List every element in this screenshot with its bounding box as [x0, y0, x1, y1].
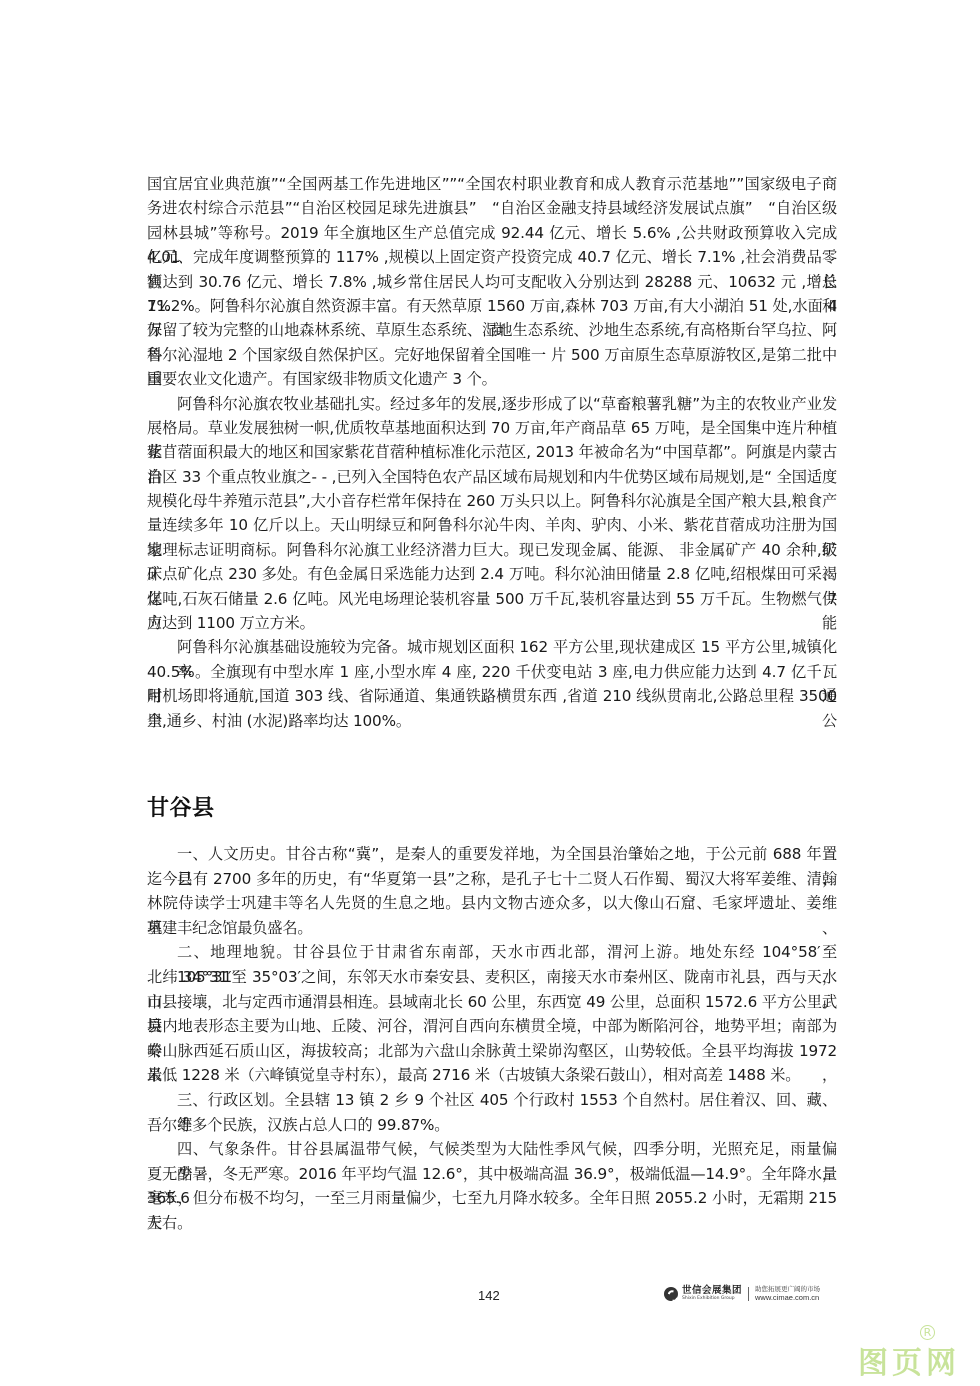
text-line: 四、气象条件。甘谷县属温带气候，气候类型为大陆性季风气候，四季分明，光照充足，雨… [147, 1137, 837, 1162]
text-line: 亿吨,石灰石储量 2.6 亿吨。风光电场理论装机容量 500 万千瓦,装机容量达… [147, 587, 837, 611]
section-gangu-body: 一、人文历史。甘谷古称“冀”，是秦人的重要发祥地，为全国县治肇始之地，于公元前 … [147, 842, 837, 1236]
logo-slogan-block: 助您拓展更广阔的市场 www.cimae.com.cn [755, 1286, 820, 1301]
logo-company-cn: 世信会展集团 [682, 1286, 742, 1296]
text-line: 40.5%。全旗现有中型水库 1 座,小型水库 4 座, 220 千伏变电站 3… [147, 660, 837, 684]
logo-name-block: 世信会展集团 Shixin Exhibition Group [682, 1286, 742, 1301]
text-line: 矿点矿化点 230 多处。有色金属日采选能力达到 2.4 万吨。科尔沁油田储量 … [147, 562, 837, 586]
text-line: 花苜蓿面积最大的地区和国家紫花苜蓿种植标准化示范区, 2013 年被命名为“中国… [147, 440, 837, 464]
text-line: 重要农业文化遗产。有国家级非物质文化遗产 3 个。 [147, 367, 837, 391]
text-line: 吾尔等多个民族，汉族占总人口的 99.87%。 [147, 1113, 837, 1138]
text-line: 量连续多年 10 亿斤以上。天山明绿豆和阿鲁科尔沁牛肉、羊肉、驴肉、小米、紫花苜… [147, 513, 837, 537]
text-line: 阿鲁科尔沁旗基础设施较为完备。城市规划区面积 162 平方公里,现状建成区 15… [147, 635, 837, 659]
document-page: 国宜居宜业典范旗”“全国两基工作先进地区””“全国农村职业教育和成人教育示范基地… [0, 0, 980, 1386]
text-line: 三、行政区划。全县辖 13 镇 2 乡 9 个社区 405 个行政村 1553 … [147, 1088, 837, 1113]
section-aluke-body: 国宜居宜业典范旗”“全国两基工作先进地区””“全国农村职业教育和成人教育示范基地… [147, 172, 837, 733]
text-line: 园林县城”等称号。2019 年全旗地区生产总值完成 92.44 亿元、增长 5.… [147, 221, 837, 245]
text-line: 北纬 34°31′至 35°03′之间，东邻天水市秦安县、麦积区，南接天水市秦州… [147, 965, 837, 990]
logo-divider [748, 1287, 749, 1301]
logo-slogan: 助您拓展更广阔的市场 [755, 1286, 820, 1293]
text-line: 科尔沁湿地 2 个国家级自然保护区。完好地保留着全国唯一 片 500 万亩原生态… [147, 343, 837, 367]
text-line: 阿鲁科尔沁旗农牧业基础扎实。经过多年的发展,逐步形成了以“草畜粮薯乳糖”为主的农… [147, 392, 837, 416]
text-line: 地理标志证明商标。阿鲁科尔沁旗工业经济潜力巨大。现已发现金属、能源、 非金属矿产… [147, 538, 837, 562]
text-line: 务进农村综合示范县”“自治区校园足球先进旗县” “自治区金融支持县域经济发展试点… [147, 196, 837, 220]
text-line: 治区 33 个重点牧业旗之- - ,已列入全国特色农产品区域布局规划和内牛优势区… [147, 465, 837, 489]
text-line: 山县接壤，北与定西市通渭县相连。县域南北长 60 公里，东西宽 49 公里，总面… [147, 990, 837, 1015]
text-line: 林院侍读学士巩建丰等名人先贤的生息之地。县内文物古迹众多，以大像山石窟、毛家坪遗… [147, 891, 837, 916]
text-line: 二、地理地貌。甘谷县位于甘肃省东南部，天水市西北部，渭河上游。地处东经 104°… [147, 940, 837, 965]
watermark-text: 图页网 [858, 1338, 960, 1382]
text-line: 展格局。草业发展独树一帜,优质牧草基地面积达到 70 万亩,年产商品草 65 万… [147, 416, 837, 440]
text-line: 保留了较为完整的山地森林系统、草原生态系统、湿地生态系统、沙地生态系统,有高格斯… [147, 318, 837, 342]
text-line: 用机场即将通航,国道 303 线、省际通道、集通铁路横贯东西 ,省道 210 线… [147, 684, 837, 708]
footer-logo: 世信会展集团 Shixin Exhibition Group 助您拓展更广阔的市… [664, 1286, 820, 1301]
text-line: 毫米，但分布极不均匀，一至三月雨量偏少，七至九月降水较多。全年日照 2055.2… [147, 1186, 837, 1211]
logo-url: www.cimae.com.cn [755, 1294, 820, 1302]
text-line: 规模化母牛养殖示范县”,大小音存栏常年保持在 260 万头只以上。阿鲁科尔沁旗是… [147, 489, 837, 513]
section-title-gangu: 甘谷县 [147, 791, 215, 822]
registered-mark-icon: R [920, 1325, 935, 1340]
page-number: 142 [478, 1288, 500, 1303]
text-line: 一、人文历史。甘谷古称“冀”，是秦人的重要发祥地，为全国县治肇始之地，于公元前 … [147, 842, 837, 867]
text-line: 左右。 [147, 1211, 837, 1236]
text-line: 额达到 30.76 亿元、增长 7.8% ,城乡常住居民人均可支配收入分别达到 … [147, 270, 837, 294]
shixin-logo-icon [664, 1287, 678, 1301]
text-line: 夏无酷暑，冬无严寒。2016 年平均气温 12.6°，其中极端高温 36.9°，… [147, 1162, 837, 1187]
text-line: 岭山脉西延石质山区，海拔较高；北部为六盘山余脉黄土梁峁沟壑区，山势较低。全县平均… [147, 1039, 837, 1064]
text-line: 11.2%。阿鲁科尔沁旗自然资源丰富。有天然草原 1560 万亩,森林 703 … [147, 294, 837, 318]
logo-company-en: Shixin Exhibition Group [682, 1297, 742, 1302]
text-line: 迄今已有 2700 多年的历史，有“华夏第一县”之称，是孔子七十二贤人石作蜀、蜀… [147, 867, 837, 892]
text-line: 境内地表形态主要为山地、丘陵、河谷，渭河自西向东横贯全境，中部为断陷河谷，地势平… [147, 1014, 837, 1039]
text-line: 国宜居宜业典范旗”“全国两基工作先进地区””“全国农村职业教育和成人教育示范基地… [147, 172, 837, 196]
text-line: 最低 1228 米（六峰镇觉皇寺村东），最高 2716 米（古坡镇大条梁石鼓山）… [147, 1063, 837, 1088]
text-line: 亿元、完成年度调整预算的 117% ,规模以上固定资产投资完成 40.7 亿元、… [147, 245, 837, 269]
